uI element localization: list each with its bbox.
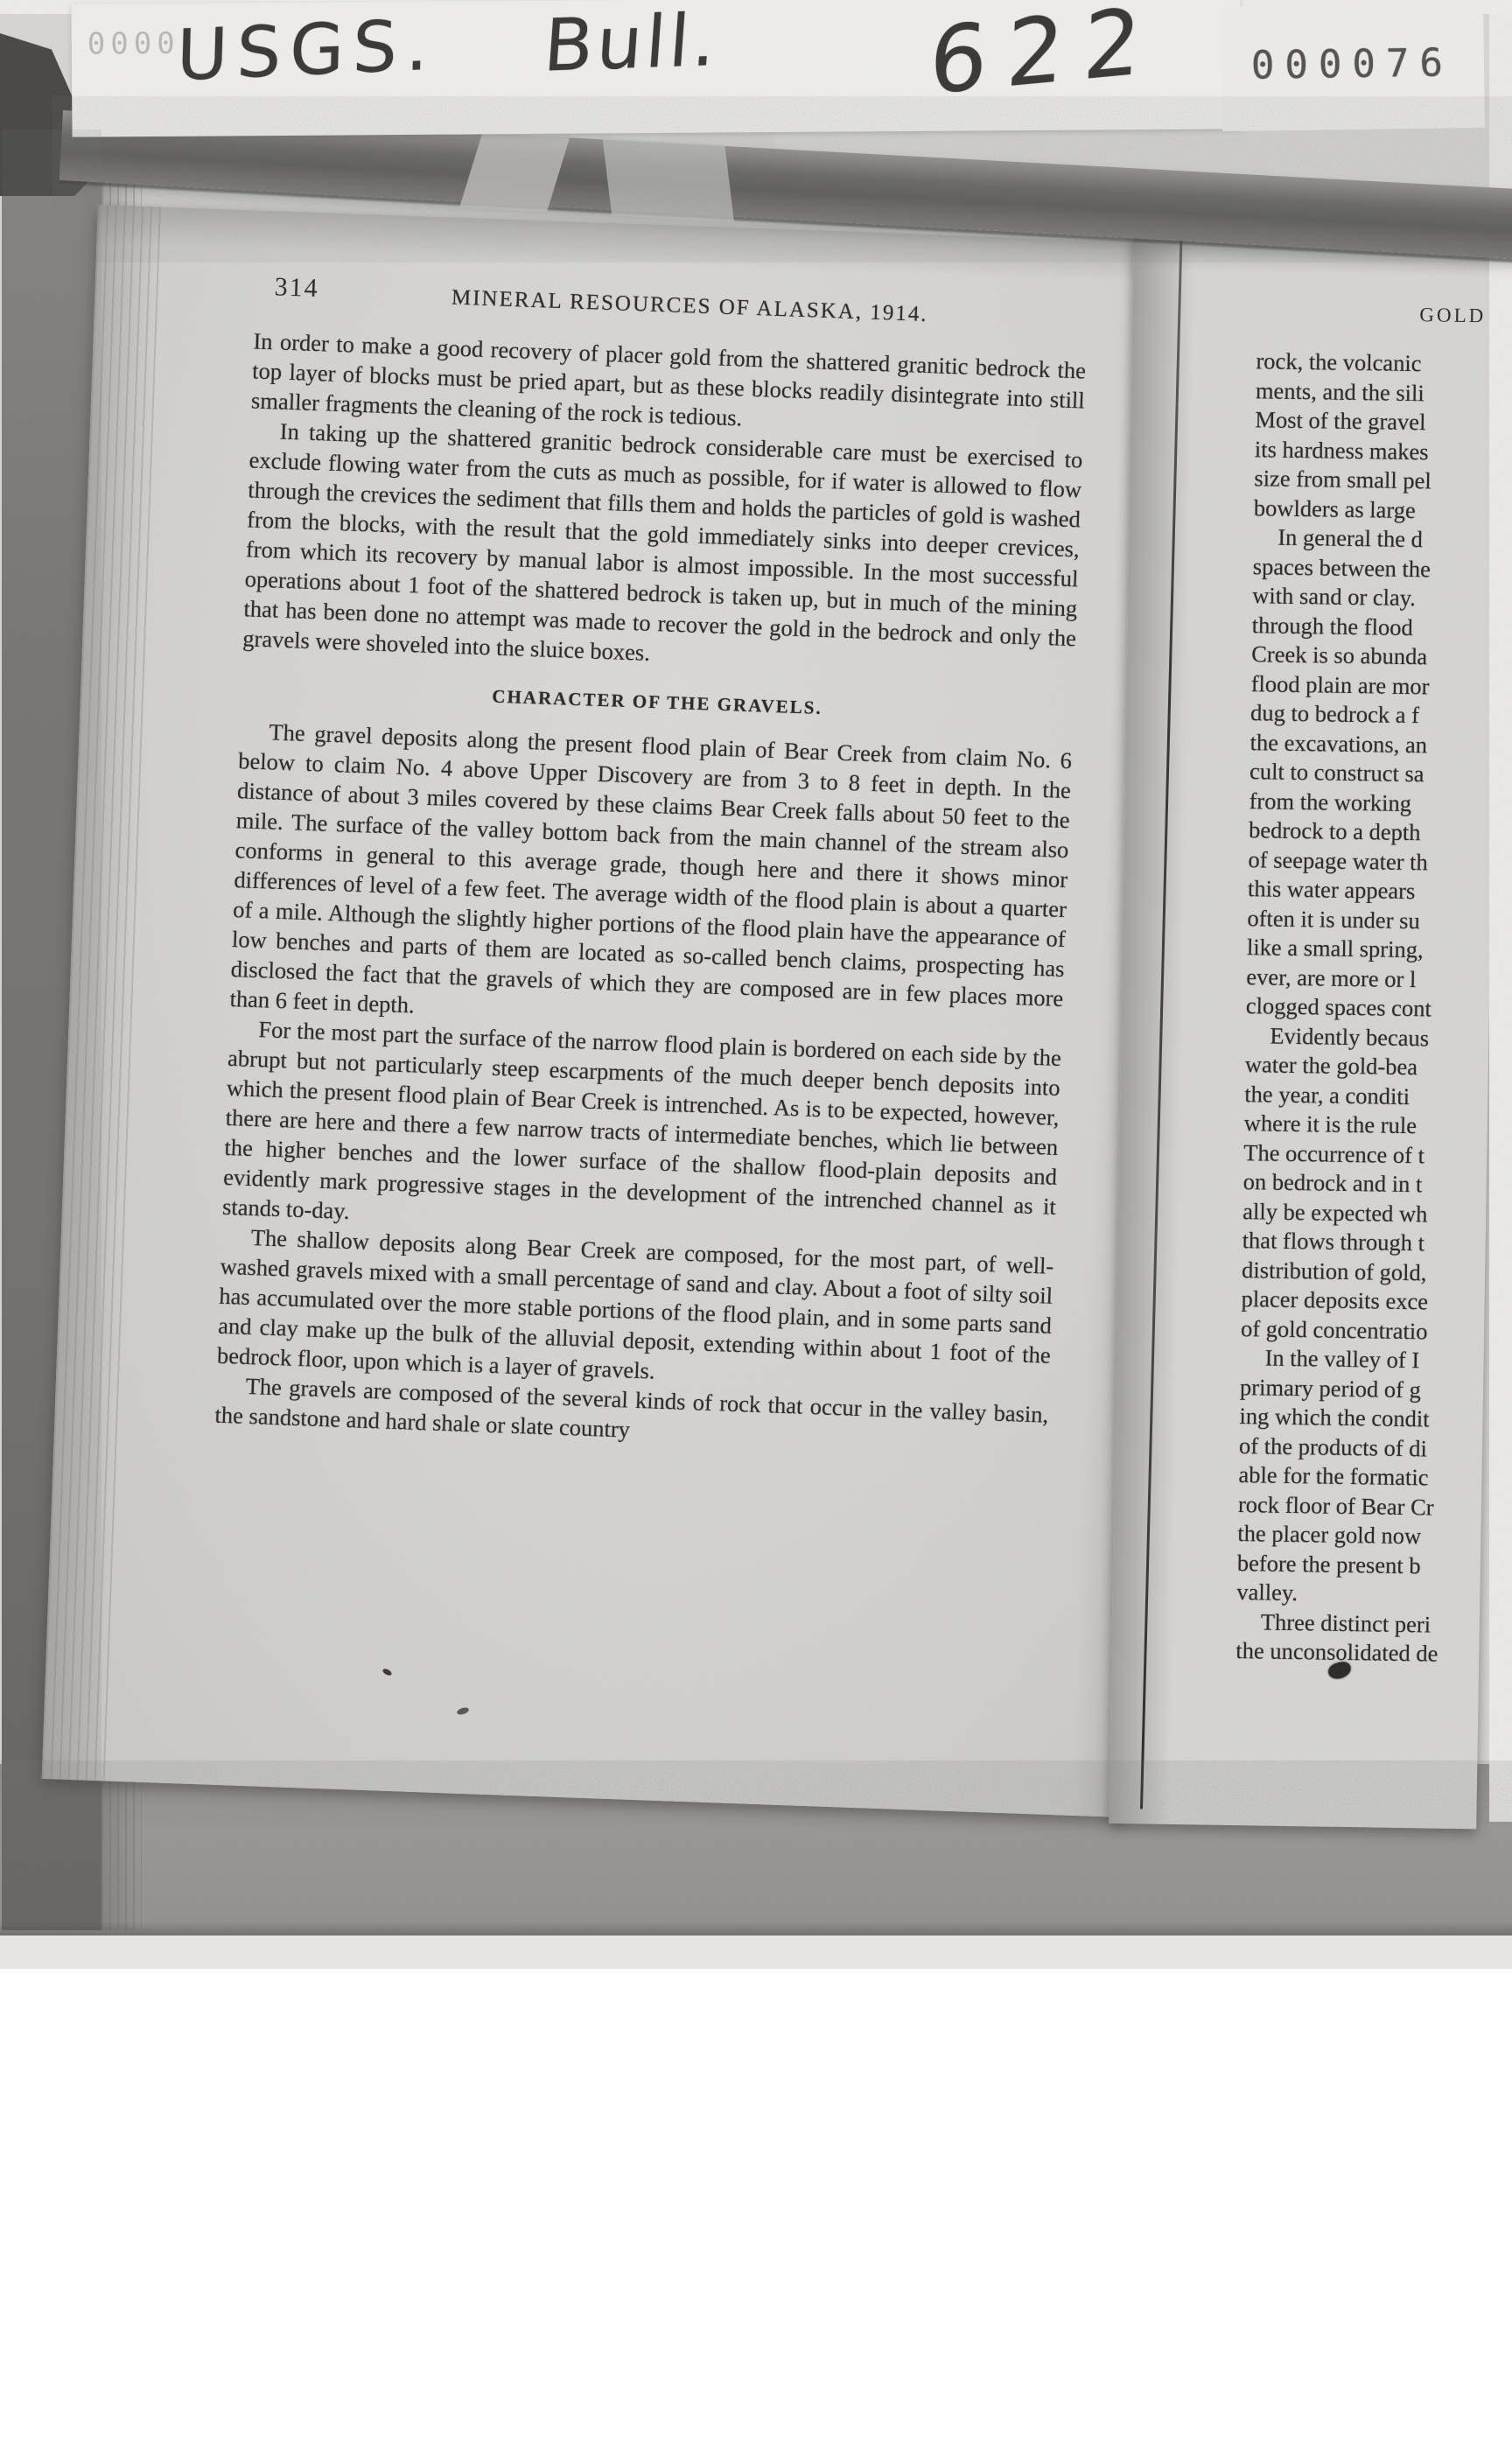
column-line: Evidently becaus xyxy=(1245,1021,1501,1054)
column-line: size from small pel xyxy=(1254,464,1501,497)
column-line: its hardness makes xyxy=(1255,435,1501,468)
column-line: bedrock to a depth xyxy=(1249,815,1501,849)
stamp-label: 000076 xyxy=(1221,3,1485,131)
column-line: In the valley of I xyxy=(1240,1343,1501,1376)
column-line: like a small spring, xyxy=(1247,933,1501,966)
scanned-document-photo: 314 MINERAL RESOURCES OF ALASKA, 1914. I… xyxy=(0,0,1512,2450)
column-line: through the flood xyxy=(1251,611,1501,644)
tape-piece xyxy=(459,128,571,212)
scanner-bed-strip xyxy=(0,1935,1512,1969)
column-line: dug to bedrock a f xyxy=(1250,698,1501,731)
bottom-band-edge xyxy=(0,1921,1512,1935)
column-line: water the gold-bea xyxy=(1245,1050,1501,1083)
column-line: primary period of g xyxy=(1240,1373,1501,1406)
column-line: able for the formatic xyxy=(1238,1460,1501,1494)
column-line: where it is the rule xyxy=(1244,1109,1501,1142)
tape-piece xyxy=(602,137,734,221)
paragraph: For the most part the surface of the nar… xyxy=(222,1013,1062,1251)
right-edge-strip xyxy=(1489,0,1512,1822)
left-page: 314 MINERAL RESOURCES OF ALASKA, 1914. I… xyxy=(42,205,1183,1817)
column-line: the year, a conditi xyxy=(1244,1080,1501,1113)
column-line: flood plain are mor xyxy=(1250,669,1501,703)
column-line: In general the d xyxy=(1253,522,1501,556)
column-line: the unconsolidated de xyxy=(1235,1636,1498,1669)
paragraph: The gravel deposits along the present fl… xyxy=(229,716,1073,1043)
column-line: of gold concentratio xyxy=(1241,1314,1501,1347)
column-line: ever, are more or l xyxy=(1246,962,1501,996)
stamp-number: 000076 xyxy=(1251,40,1454,87)
column-line: of seepage water th xyxy=(1248,845,1501,878)
column-line: before the present b xyxy=(1237,1549,1500,1582)
left-page-header: 314 MINERAL RESOURCES OF ALASKA, 1914. xyxy=(94,266,1110,346)
paragraph-group-top: In order to make a good recovery of plac… xyxy=(242,325,1087,682)
column-line: that flows through t xyxy=(1242,1226,1501,1259)
column-line: ments, and the sili xyxy=(1256,376,1501,409)
handwriting-number: 622 xyxy=(927,0,1163,115)
column-line: spaces between the xyxy=(1253,552,1501,585)
paragraph-group-bottom: The gravel deposits along the present fl… xyxy=(214,716,1073,1459)
right-page: GOLD I rock, the volcanicments, and the … xyxy=(1109,220,1501,1829)
running-title: MINERAL RESOURCES OF ALASKA, 1914. xyxy=(383,283,997,330)
page-number: 314 xyxy=(274,272,319,304)
column-line: Most of the gravel xyxy=(1255,405,1501,438)
column-line: ally be expected wh xyxy=(1242,1197,1501,1230)
column-line: on bedrock and in t xyxy=(1242,1167,1501,1200)
ghost-stamp-text: 0000 xyxy=(87,26,180,62)
column-line: bowlders as large xyxy=(1254,493,1501,527)
column-line: Creek is so abunda xyxy=(1251,640,1501,673)
left-page-body: In order to make a good recovery of plac… xyxy=(214,325,1087,1459)
column-line: Three distinct peri xyxy=(1236,1607,1499,1641)
column-line: rock floor of Bear Cr xyxy=(1238,1490,1501,1523)
handwriting-agency: USGS. xyxy=(176,3,438,96)
paragraph: The shallow deposits along Bear Creek ar… xyxy=(216,1221,1053,1400)
column-line: the placer gold now xyxy=(1237,1519,1500,1552)
column-line: valley. xyxy=(1236,1578,1499,1611)
column-line: this water appears xyxy=(1248,874,1501,907)
column-line: often it is under su xyxy=(1247,904,1501,937)
handwriting-bulletin: Bull. xyxy=(541,0,722,88)
column-line: of the products of di xyxy=(1239,1431,1501,1465)
column-line: clogged spaces cont xyxy=(1246,991,1501,1025)
column-line: placer deposits exce xyxy=(1241,1284,1501,1318)
right-page-column: rock, the volcanicments, and the siliMos… xyxy=(1235,346,1501,1669)
column-line: distribution of gold, xyxy=(1242,1256,1501,1289)
column-line: cult to construct sa xyxy=(1249,757,1501,790)
column-line: with sand or clay. xyxy=(1252,581,1501,614)
paragraph: In taking up the shattered granitic bedr… xyxy=(242,415,1083,682)
column-line: the excavations, an xyxy=(1249,728,1501,761)
column-line: The occurrence of t xyxy=(1243,1138,1501,1172)
scan-area: 314 MINERAL RESOURCES OF ALASKA, 1914. I… xyxy=(0,0,1512,1935)
column-line: ing which the condit xyxy=(1239,1402,1501,1435)
column-line: rock, the volcanic xyxy=(1256,346,1501,380)
handwritten-label: 0000 USGS. Bull. 622 xyxy=(71,0,1241,137)
column-line: from the working xyxy=(1249,787,1501,820)
